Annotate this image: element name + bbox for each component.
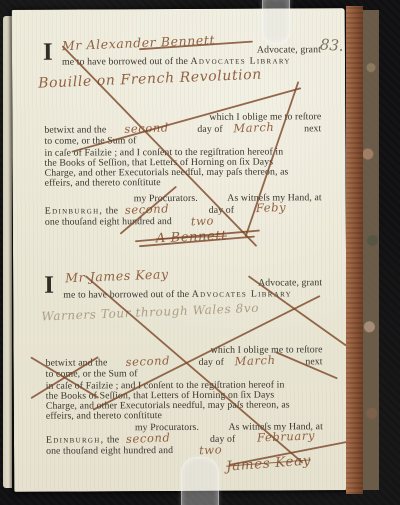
edinburgh-label: Edinburgh, bbox=[45, 205, 103, 216]
printed-next: next bbox=[304, 124, 321, 134]
borrow-line-prefix: me to have borrowed out of the bbox=[63, 289, 189, 301]
signed-month-handwritten: Feby bbox=[256, 200, 287, 215]
library-label: Advocates Library bbox=[191, 55, 291, 67]
dropcap-initial: I bbox=[43, 41, 53, 65]
page-number: 83. bbox=[319, 35, 344, 55]
return-month-handwritten: March bbox=[234, 353, 276, 369]
the-word: the bbox=[107, 434, 119, 445]
ledger-page: 83. I Mr Alexander Bennett Advocate, gra… bbox=[12, 8, 348, 492]
borrow-line-prefix: me to have borrowed out of the bbox=[62, 56, 188, 68]
printed-next: next bbox=[305, 357, 322, 367]
printed-thousand-line: one thouſand eight hundred and bbox=[45, 217, 172, 228]
year-word-handwritten: two bbox=[191, 213, 215, 228]
return-day-handwritten: second bbox=[124, 120, 169, 136]
the-word: the bbox=[106, 205, 118, 216]
printed-edinburgh: Edinburgh, the bbox=[45, 206, 118, 216]
book-fore-edge bbox=[346, 6, 363, 494]
printed-day-of: day of bbox=[197, 125, 222, 135]
printed-thousand-line: one thouſand eight hundred and bbox=[46, 446, 173, 457]
signed-month-handwritten: February bbox=[257, 428, 316, 444]
dropcap-initial: I bbox=[44, 274, 54, 298]
printed-betwixt: betwixt and the bbox=[46, 358, 108, 368]
printed-failzie-4: effeirs, and thereto conſtitute bbox=[46, 411, 162, 422]
printed-day-of: day of bbox=[199, 358, 224, 368]
photograph-of-ledger: { "page_number": "83.", "form": { "dropc… bbox=[0, 0, 400, 505]
library-label: Advocates Library bbox=[192, 288, 292, 300]
marbled-board-edge bbox=[363, 10, 379, 490]
printed-sum-line: to come, or the Sum of bbox=[44, 136, 136, 146]
signed-day-handwritten: second bbox=[126, 430, 171, 446]
borrower-signature: A Bennett bbox=[156, 229, 228, 247]
printed-betwixt: betwixt and the bbox=[44, 125, 106, 135]
page-holder-clip-bottom bbox=[181, 457, 219, 505]
signed-day-handwritten: second bbox=[125, 201, 170, 217]
printed-failzie-4: effeirs, and thereto conſtitute bbox=[45, 178, 161, 189]
borrower-name-handwritten: Mr James Keay bbox=[65, 266, 169, 285]
printed-advocate-grant: Advocate, grant bbox=[257, 45, 321, 55]
borrower-name-handwritten: Mr Alexander Bennett bbox=[62, 32, 216, 53]
return-day-handwritten: second bbox=[125, 353, 170, 369]
printed-advocate-grant: Advocate, grant bbox=[258, 278, 322, 288]
book-title-handwritten: Bouille on French Revolution bbox=[38, 67, 262, 92]
printed-borrow-line: me to have borrowed out of the Advocates… bbox=[63, 289, 292, 300]
underlying-page-edge bbox=[3, 16, 12, 488]
page-holder-clip-top bbox=[262, 0, 290, 44]
edinburgh-label: Edinburgh, bbox=[46, 434, 104, 445]
year-word-handwritten: two bbox=[199, 442, 223, 457]
return-month-handwritten: March bbox=[233, 120, 275, 136]
borrower-signature: James Keay bbox=[226, 452, 312, 474]
printed-sum-line: to come, or the Sum of bbox=[46, 369, 138, 379]
book-title-handwritten: Warners Tour through Wales 8vo bbox=[41, 301, 259, 324]
printed-edinburgh: Edinburgh, the bbox=[46, 435, 119, 445]
